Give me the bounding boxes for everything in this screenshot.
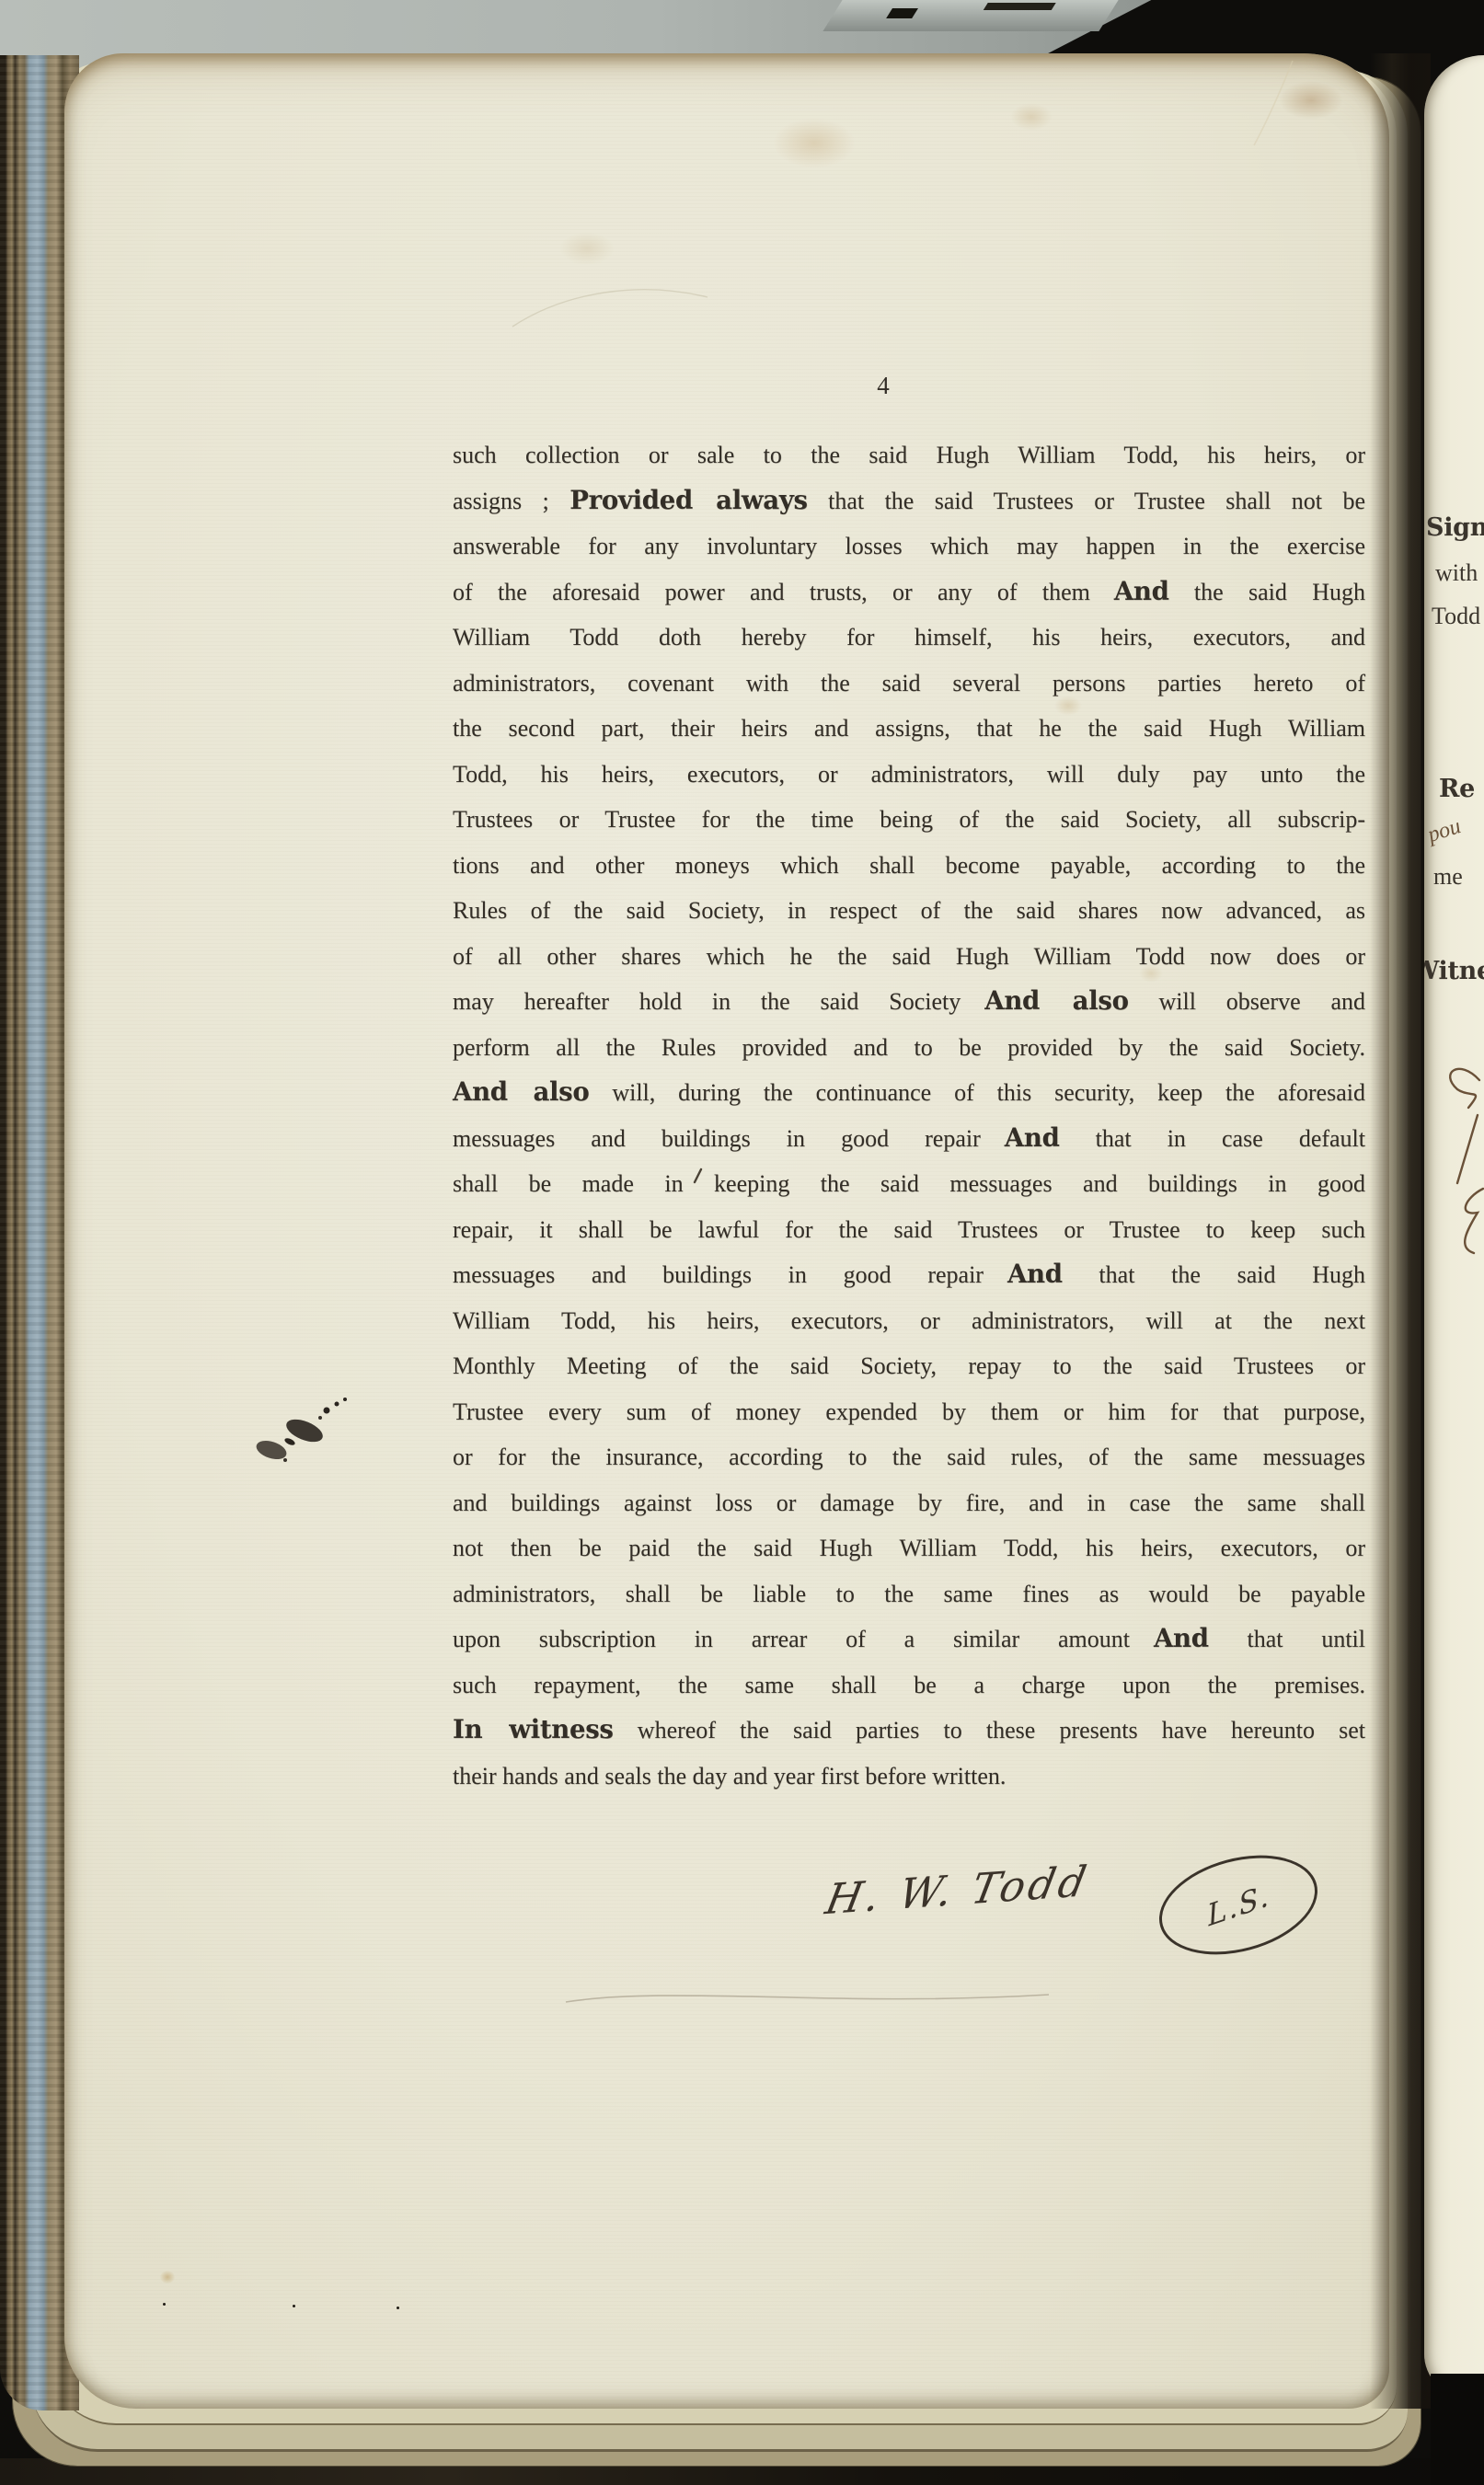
ink-speck xyxy=(397,2307,399,2309)
next-page-text-fragment: Signed, S xyxy=(1426,513,1484,542)
next-page-text-fragment: with xyxy=(1435,559,1478,587)
text-segment: will observe and xyxy=(1129,988,1365,1015)
text-segment: that the said Hugh xyxy=(1063,1261,1365,1288)
text-line: answerable for any involuntary losses wh… xyxy=(453,523,1365,569)
text-line: upon subscription in arrear of a similar… xyxy=(453,1616,1365,1662)
text-segment: that the said Trustees or Trustee shall … xyxy=(808,488,1365,514)
blackletter-word: Provided always xyxy=(569,486,808,515)
text-segment: Trustees or Trustee for the time being o… xyxy=(453,806,1365,833)
text-line: Todd, his heirs, executors, or administr… xyxy=(453,752,1365,798)
next-page-text-fragment: me xyxy=(1433,863,1463,891)
text-line: not then be paid the said Hugh William T… xyxy=(453,1525,1365,1571)
text-segment: Rules of the said Society, in respect of… xyxy=(453,897,1365,924)
text-segment: or for the insurance, according to the s… xyxy=(453,1444,1365,1470)
next-page-sliver: Signed, S with Todd Re pou me Witness xyxy=(1424,55,1484,2397)
photo-background-corner xyxy=(1431,2374,1484,2485)
text-segment: that until xyxy=(1209,1626,1365,1652)
blackletter-word: And xyxy=(1154,1624,1209,1653)
text-line: messuages and buildings in good repair A… xyxy=(453,1252,1365,1298)
seal-text: L.S. xyxy=(1205,1877,1271,1933)
text-line: Trustees or Trustee for the time being o… xyxy=(453,797,1365,843)
faint-pen-stroke xyxy=(561,1978,1058,2015)
text-segment: Todd, his heirs, executors, or administr… xyxy=(453,761,1365,788)
text-segment: perform all the Rules provided and to be… xyxy=(453,1034,1365,1061)
text-segment: not then be paid the said Hugh William T… xyxy=(453,1535,1365,1561)
text-line: tions and other moneys which shall becom… xyxy=(453,843,1365,889)
text-segment: and buildings against loss or damage by … xyxy=(453,1490,1365,1516)
text-line: or for the insurance, according to the s… xyxy=(453,1434,1365,1480)
text-line: repair, it shall be lawful for the said … xyxy=(453,1207,1365,1253)
text-line: of all other shares which he the said Hu… xyxy=(453,934,1365,980)
text-segment: their hands and seals the day and year f… xyxy=(453,1763,1006,1789)
next-page-signature-fragment xyxy=(1432,1058,1484,1288)
text-line: Monthly Meeting of the said Society, rep… xyxy=(453,1343,1365,1389)
text-line: assigns ; Provided always that the said … xyxy=(453,478,1365,524)
text-line: such repayment, the same shall be a char… xyxy=(453,1662,1365,1708)
book-photo: Signed, S with Todd Re pou me Witness 4 … xyxy=(0,0,1484,2485)
text-segment: of all other shares which he the said Hu… xyxy=(453,943,1365,970)
blackletter-word: And also xyxy=(453,1077,589,1107)
next-page-handwriting-fragment: pou xyxy=(1425,814,1465,848)
scanner-slot xyxy=(886,8,918,18)
text-line: shall be made in keeping the said messua… xyxy=(453,1161,1365,1207)
next-page-text-fragment: Todd xyxy=(1432,603,1480,630)
text-segment: repair, it shall be lawful for the said … xyxy=(453,1216,1365,1243)
text-segment: of the aforesaid power and trusts, or an… xyxy=(453,579,1114,605)
text-line: such collection or sale to the said Hugh… xyxy=(453,432,1365,478)
text-line: Trustee every sum of money expended by t… xyxy=(453,1389,1365,1435)
blackletter-word: And also xyxy=(984,986,1128,1016)
text-line: And also will, during the continuance of… xyxy=(453,1070,1365,1116)
text-segment: such repayment, the same shall be a char… xyxy=(453,1672,1365,1698)
text-segment: will, during the continuance of this sec… xyxy=(589,1079,1365,1106)
text-line: William Todd doth hereby for himself, hi… xyxy=(453,615,1365,661)
ink-speck xyxy=(293,2305,295,2307)
blackletter-word: In witness xyxy=(453,1715,614,1744)
text-line: of the aforesaid power and trusts, or an… xyxy=(453,569,1365,615)
ink-speck xyxy=(163,2303,166,2306)
text-line: and buildings against loss or damage by … xyxy=(453,1480,1365,1526)
blackletter-word: And xyxy=(1114,577,1169,606)
text-segment: William Todd, his heirs, executors, or a… xyxy=(453,1307,1365,1334)
text-segment: whereof the said parties to these presen… xyxy=(614,1717,1365,1743)
text-segment: such collection or sale to the said Hugh… xyxy=(453,442,1365,468)
text-segment: the second part, their heirs and assigns… xyxy=(453,715,1365,742)
body-text: such collection or sale to the said Hugh… xyxy=(453,432,1365,1799)
text-segment: shall be made in keeping the said messua… xyxy=(453,1170,1365,1197)
text-line: Rules of the said Society, in respect of… xyxy=(453,888,1365,934)
text-segment: the said Hugh xyxy=(1169,579,1365,605)
text-segment: Trustee every sum of money expended by t… xyxy=(453,1398,1365,1425)
page-number: 4 xyxy=(478,372,1288,400)
blackletter-word: And xyxy=(1005,1123,1060,1153)
scanner-slot xyxy=(984,3,1056,10)
text-segment: messuages and buildings in good repair xyxy=(453,1125,1005,1152)
text-line: administrators, covenant with the said s… xyxy=(453,661,1365,707)
text-segment: messuages and buildings in good repair xyxy=(453,1261,1007,1288)
ink-smudge xyxy=(239,1375,368,1477)
text-line: William Todd, his heirs, executors, or a… xyxy=(453,1298,1365,1344)
text-segment: may hereafter hold in the said Society xyxy=(453,988,984,1015)
text-segment: Monthly Meeting of the said Society, rep… xyxy=(453,1352,1365,1379)
text-line: administrators, shall be liable to the s… xyxy=(453,1571,1365,1617)
text-line: may hereafter hold in the said Society A… xyxy=(453,979,1365,1025)
text-line: their hands and seals the day and year f… xyxy=(453,1754,1365,1800)
text-line: the second part, their heirs and assigns… xyxy=(453,706,1365,752)
text-segment: William Todd doth hereby for himself, hi… xyxy=(453,624,1365,650)
text-segment: administrators, covenant with the said s… xyxy=(453,670,1365,696)
blackletter-word: And xyxy=(1007,1260,1063,1289)
text-line: messuages and buildings in good repair A… xyxy=(453,1116,1365,1162)
text-segment: that in case default xyxy=(1060,1125,1365,1152)
scanner-arm xyxy=(823,0,1118,31)
text-line: perform all the Rules provided and to be… xyxy=(453,1025,1365,1071)
text-segment: assigns ; xyxy=(453,488,569,514)
next-page-text-fragment: Witness xyxy=(1424,957,1484,985)
text-segment: tions and other moneys which shall becom… xyxy=(453,852,1365,879)
pen-tick-mark xyxy=(692,1167,705,1185)
text-line: In witness whereof the said parties to t… xyxy=(453,1708,1365,1754)
next-page-text-fragment: Re xyxy=(1439,775,1475,803)
text-segment: upon subscription in arrear of a similar… xyxy=(453,1626,1154,1652)
text-segment: answerable for any involuntary losses wh… xyxy=(453,533,1365,559)
text-segment: administrators, shall be liable to the s… xyxy=(453,1581,1365,1607)
